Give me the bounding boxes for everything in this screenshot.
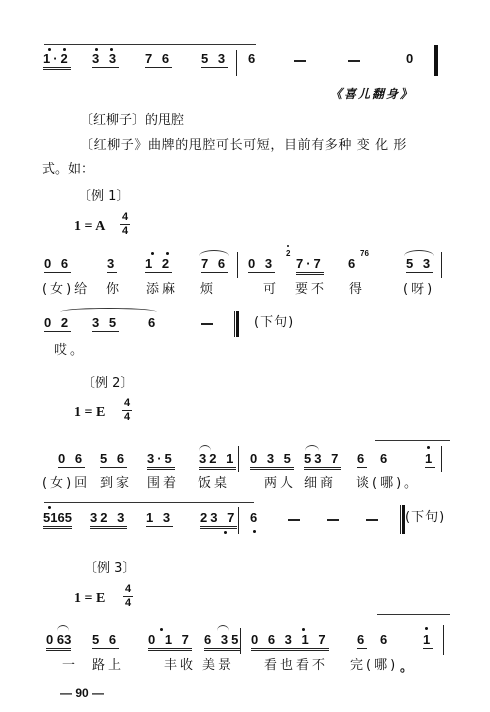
octave-dot <box>287 245 289 247</box>
section-paragraph-line1: 〔红柳子》曲牌的甩腔可长可短，目前有多种 变 化 形 <box>80 138 407 154</box>
lyric: 添麻 <box>146 283 178 297</box>
bar-line <box>443 625 444 655</box>
example3-label: 〔例 3〕 <box>84 561 135 577</box>
slur <box>60 308 157 312</box>
octave-dot <box>48 48 51 51</box>
lyric: 。 <box>400 661 416 675</box>
section-paragraph-line2: 式。如： <box>42 162 94 178</box>
example3-time-signature: 44 <box>123 584 133 609</box>
note-group: 0 6 <box>58 452 85 468</box>
note-group: 1 2 <box>145 257 172 273</box>
example1-label: 〔例 1〕 <box>78 189 129 205</box>
note: 6 <box>348 257 358 271</box>
note-group: 0 6 <box>44 257 71 273</box>
end-bar <box>434 45 438 76</box>
lyric: (呀) <box>403 283 435 297</box>
note-group: 32 1 <box>199 452 236 470</box>
note-group: 0 1 7 <box>148 633 192 651</box>
note-group: 3 3 <box>92 52 119 68</box>
octave-dot <box>160 628 163 631</box>
octave-dot <box>425 627 428 630</box>
octave-dot <box>95 48 98 51</box>
top-tie-line <box>44 44 256 45</box>
note-group: 5165 <box>43 511 72 529</box>
lyric: 。 <box>404 477 420 491</box>
grace-note: 2 <box>286 250 290 258</box>
octave-dot <box>151 252 154 255</box>
octave-dot <box>302 628 305 631</box>
lyric: 丰收 <box>164 659 196 673</box>
bar-line <box>441 252 442 278</box>
note-group: 6 <box>357 633 367 649</box>
grace-note: 76 <box>360 250 369 258</box>
bar-line <box>240 628 241 654</box>
lyric: 饭桌 <box>198 477 230 491</box>
note-group: 23 7 <box>200 511 237 529</box>
lyric: 得 <box>349 283 365 297</box>
example1-time-signature: 44 <box>120 212 130 237</box>
note-group: 7·7 <box>296 257 324 275</box>
octave-dot <box>110 48 113 51</box>
note: 6 <box>380 633 390 647</box>
lyric: 要不 <box>295 283 327 297</box>
note-group: 1·2 <box>43 52 71 70</box>
dash <box>348 60 360 62</box>
note: 6 <box>148 316 158 330</box>
octave-dot-below <box>253 530 256 533</box>
note: 6 <box>380 452 390 466</box>
dash <box>201 323 213 325</box>
note-group: 1 3 <box>146 511 173 527</box>
next-line-marker: (下句) <box>405 511 445 525</box>
note: 0 <box>406 52 416 66</box>
tie-line <box>375 440 450 441</box>
note: 6 <box>250 511 260 525</box>
note-group: 5 6 <box>100 452 127 468</box>
octave-dot-below <box>224 531 227 534</box>
slur <box>217 625 229 631</box>
example2-time-signature: 44 <box>122 398 132 423</box>
section-heading: 〔红柳子〕的甩腔 <box>80 113 184 129</box>
lyric: 谈(哪) <box>356 477 404 491</box>
example3-key: 1 = E <box>74 591 105 607</box>
note-group: 7 6 <box>201 257 228 273</box>
dash <box>327 519 339 521</box>
end-bar <box>234 311 239 337</box>
bar-line <box>237 252 238 278</box>
note-group: 5 3 <box>201 52 228 68</box>
tie-line <box>44 502 254 503</box>
note-group: 1 <box>423 633 433 649</box>
lyric: 你 <box>106 283 122 297</box>
octave-dot <box>48 506 51 509</box>
note-group: 5 3 <box>406 257 433 273</box>
lyric: 两人 <box>264 477 296 491</box>
note-group: 32 3 <box>90 511 127 529</box>
lyric: 一 <box>62 659 78 673</box>
dash <box>294 60 306 62</box>
octave-dot <box>427 446 430 449</box>
lyric: 围着 <box>147 477 179 491</box>
note-group: 6 <box>357 452 367 468</box>
octave-dot <box>166 252 169 255</box>
note-group: 0 63 <box>46 633 71 651</box>
lyric: 可 <box>263 283 279 297</box>
lyric: 美景 <box>202 659 234 673</box>
note-group: 0 3 <box>248 257 275 273</box>
lyric: 路上 <box>92 659 124 673</box>
bar-line <box>238 507 239 534</box>
bar-line <box>236 50 237 76</box>
note: 6 <box>248 52 258 66</box>
note-group: 0 2 <box>44 316 71 332</box>
slur <box>57 625 69 631</box>
note-group: 7 6 <box>145 52 172 68</box>
note-group: 6 35 <box>204 633 241 651</box>
lyric: 到家 <box>100 477 132 491</box>
note-group: 1 <box>425 452 435 468</box>
note-group: 3 <box>107 257 117 273</box>
note-group: 0 6 3 1 7 <box>251 633 329 651</box>
note-group: 3·5 <box>147 452 175 470</box>
dash <box>288 519 300 521</box>
dash <box>366 519 378 521</box>
example1-key: 1 = A <box>74 219 105 235</box>
next-line-marker: (下句) <box>254 316 294 330</box>
source-title: 《喜儿翻身》 <box>330 85 414 102</box>
octave-dot <box>63 48 66 51</box>
lyric: 哎。 <box>54 344 86 358</box>
bar-line <box>441 446 442 472</box>
lyric: 烦 <box>200 283 216 297</box>
note-group: 0 3 5 <box>250 452 294 470</box>
note-group: 5 6 <box>92 633 119 649</box>
lyric: (女)回 <box>42 477 90 491</box>
note-group: 53 7 <box>304 452 341 470</box>
note-group: 3 5 <box>92 316 119 332</box>
lyric: (女)给 <box>42 283 90 297</box>
lyric: 看也看不 <box>264 659 328 673</box>
lyric: 完(哪) <box>350 659 398 673</box>
example2-key: 1 = E <box>74 405 105 421</box>
example2-label: 〔例 2〕 <box>82 376 133 392</box>
page-number: — 90 — <box>60 686 104 700</box>
tie-line <box>377 614 450 615</box>
bar-line <box>238 446 239 472</box>
lyric: 细商 <box>304 477 336 491</box>
